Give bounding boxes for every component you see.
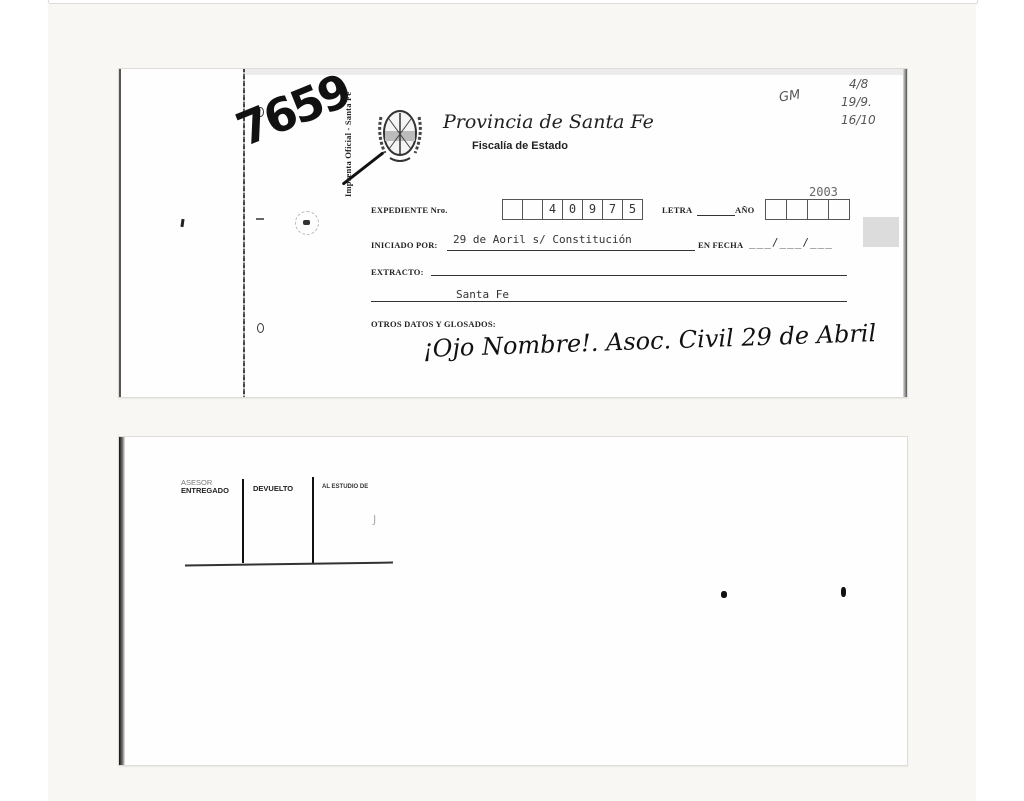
digit-box: 5: [622, 200, 642, 219]
iniciado-por-value: 29 de Aoril s/ Constitución: [453, 233, 632, 246]
digit-box: [522, 200, 542, 219]
anio-label: AÑO: [735, 205, 755, 215]
province-title: Provincia de Santa Fe: [443, 111, 654, 133]
page-edge: [119, 69, 121, 397]
year-box: [828, 200, 849, 219]
fold-tick: [256, 218, 264, 220]
table-baseline: [185, 562, 393, 567]
printer-label: Imprenta Oficial - Santa Fe: [343, 92, 353, 197]
expediente-number-boxes: 4 0 9 7 5: [502, 199, 643, 220]
column-header: AL ESTUDIO DE: [322, 483, 368, 491]
scan-smudge: [863, 217, 899, 247]
year-box: [766, 200, 786, 219]
digit-box: 9: [582, 200, 602, 219]
anio-boxes: [765, 199, 850, 220]
column-header: DEVUELTO: [253, 485, 293, 493]
extracto-label: EXTRACTO:: [371, 267, 424, 277]
extracto-value: Santa Fe: [456, 288, 509, 301]
page-edge: [119, 437, 125, 765]
column-divider: [312, 477, 314, 563]
column-divider: [242, 479, 244, 563]
expediente-label: EXPEDIENTE Nro.: [371, 205, 448, 215]
office-subtitle: Fiscalía de Estado: [472, 140, 568, 152]
anio-handwritten: 2003: [809, 185, 838, 199]
ink-speck: [721, 591, 727, 598]
en-fecha-label: EN FECHA: [698, 240, 743, 250]
ink-mark: J: [373, 513, 376, 526]
stamp-icon: [295, 211, 319, 235]
ink-mark: [180, 219, 184, 227]
document-page-2: ASESOR ENTREGADO DEVUELTO AL ESTUDIO DE …: [118, 436, 908, 766]
ink-speck: [841, 587, 846, 597]
extracto-line: [371, 301, 847, 302]
digit-box: 0: [562, 200, 582, 219]
letra-line: [697, 215, 735, 216]
digit-box: 7: [602, 200, 622, 219]
digit-box: 4: [542, 200, 562, 219]
coat-of-arms-icon: [375, 103, 425, 165]
handwritten-file-number: 7659: [229, 68, 357, 157]
scan-shadow: [245, 69, 907, 75]
iniciado-por-line: [447, 250, 695, 251]
digit-box: [503, 200, 522, 219]
iniciado-por-label: INICIADO POR:: [371, 240, 438, 250]
date-annotation: 19/9.: [841, 95, 872, 109]
en-fecha-value: ___/___/___: [749, 236, 833, 249]
page-edge: [903, 69, 907, 397]
year-box: [786, 200, 807, 219]
punch-hole-icon: [257, 323, 264, 333]
extracto-line: [431, 275, 847, 276]
letra-label: LETRA: [662, 205, 692, 215]
initials-annotation: GM: [778, 88, 801, 106]
date-annotation: 4/8: [849, 77, 868, 91]
otros-datos-label: OTROS DATOS Y GLOSADOS:: [371, 319, 496, 329]
column-header: ENTREGADO: [181, 487, 229, 495]
year-box: [807, 200, 828, 219]
document-page-1: 7659 Provincia de Santa Fe Fiscalía de E…: [118, 68, 908, 398]
date-annotation: 16/10: [841, 113, 876, 127]
